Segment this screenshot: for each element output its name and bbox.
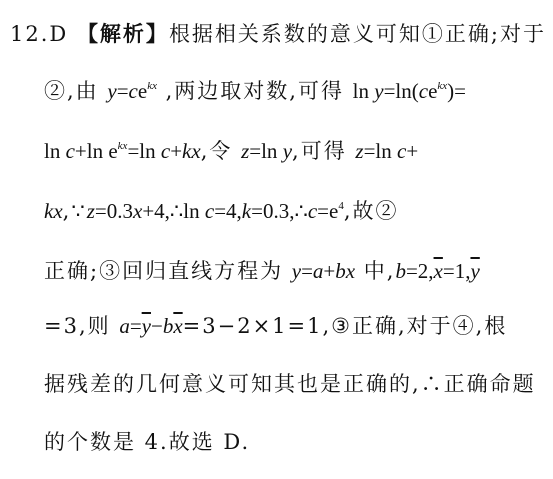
math-mean-y: y xyxy=(470,259,479,283)
math-var: y xyxy=(292,259,301,283)
text: =3−2×1=1,③正确,对于④,根 xyxy=(183,314,508,338)
answer-choice: D xyxy=(49,22,68,46)
line-5: 正确;③回归直线方程为 y=a+bx 中,b=2,x=1,y xyxy=(44,257,480,285)
analysis-label: 【解析】 xyxy=(77,21,169,46)
math-mean-y: y xyxy=(142,314,151,338)
text: ,两边取对数,可得 xyxy=(157,79,353,103)
math-op: + xyxy=(170,139,182,163)
math-var: bx xyxy=(335,259,355,283)
math-op: =ln xyxy=(364,139,397,163)
math-op: − xyxy=(151,314,163,338)
line-4: kx,∵z=0.3x+4,∴ln c=4,k=0.3,∴c=e4,故② xyxy=(44,197,399,225)
line-3: ln c+ln ekx=ln c+kx,令 z=ln y,可得 z=ln c+ xyxy=(44,137,418,165)
math-mean-x: x xyxy=(434,259,443,283)
math-op: = xyxy=(130,314,142,338)
math-exp: kx xyxy=(118,140,128,152)
math-var: a xyxy=(313,259,324,283)
math-var: k xyxy=(242,199,251,223)
math-op: =1, xyxy=(443,259,471,283)
line-8: 的个数是 4.故选 D. xyxy=(44,428,250,456)
math-op: =2, xyxy=(406,259,434,283)
text: =3,则 xyxy=(44,314,119,338)
math-op: = xyxy=(301,259,313,283)
math-var: a xyxy=(119,314,130,338)
math-op: =ln xyxy=(249,139,282,163)
math-var: z xyxy=(355,139,363,163)
line-6: =3,则 a=y−bx=3−2×1=1,③正确,对于④,根 xyxy=(44,312,507,340)
math-var: b xyxy=(163,314,174,338)
math-var: c xyxy=(66,139,75,163)
math-op: =ln xyxy=(127,139,160,163)
math-mean-x: x xyxy=(173,314,182,338)
math-var: x xyxy=(133,199,142,223)
text: 中, xyxy=(355,259,395,283)
math-var: y xyxy=(374,79,383,103)
math-op: = xyxy=(117,79,129,103)
text: 据残差的几何意义可知其也是正确的,∴正确命题 xyxy=(44,372,536,396)
math-var: c xyxy=(161,139,170,163)
text: ,故② xyxy=(344,199,399,223)
line-7: 据残差的几何意义可知其也是正确的,∴正确命题 xyxy=(44,370,536,398)
math-op: =0.3 xyxy=(95,199,133,223)
math-op: =ln( xyxy=(384,79,419,103)
text: 的个数是 4.故选 D. xyxy=(44,430,250,454)
math-var: c xyxy=(308,199,317,223)
text: 根据相关系数的意义可知①正确;对于 xyxy=(169,22,546,46)
question-number: 12. xyxy=(10,22,49,46)
math-op: +ln e xyxy=(75,139,118,163)
text: ②,由 xyxy=(44,79,107,103)
math-var: y xyxy=(283,139,292,163)
math-exp: kx xyxy=(147,80,157,92)
math-var: c xyxy=(129,79,138,103)
text: ,可得 xyxy=(292,139,355,163)
math-var: c xyxy=(205,199,214,223)
math-var: y xyxy=(107,79,116,103)
math-var: z xyxy=(87,199,95,223)
math-var: kx xyxy=(44,199,63,223)
math-op: + xyxy=(406,139,418,163)
math-ln: ln xyxy=(353,79,375,103)
math-op: + xyxy=(323,259,335,283)
text: 正确;③回归直线方程为 xyxy=(44,259,292,283)
math-exp: kx xyxy=(437,80,447,92)
text: ,∵ xyxy=(63,199,87,223)
math-var: c xyxy=(397,139,406,163)
math-ln: ln xyxy=(44,139,66,163)
math-var: b xyxy=(395,259,406,283)
line-2: ②,由 y=cekx ,两边取对数,可得 ln y=ln(cekx)= xyxy=(44,77,466,105)
line-1: 12.D 【解析】根据相关系数的意义可知①正确;对于 xyxy=(10,20,546,48)
math-e: e xyxy=(138,79,147,103)
math-op: =e xyxy=(317,199,338,223)
text: ,令 xyxy=(201,139,241,163)
math-var: c xyxy=(419,79,428,103)
math-op: )= xyxy=(447,79,466,103)
math-e: e xyxy=(428,79,437,103)
math-var: kx xyxy=(182,139,201,163)
math-op: +4,∴ln xyxy=(142,199,205,223)
math-op: =4, xyxy=(214,199,242,223)
math-op: =0.3,∴ xyxy=(251,199,308,223)
